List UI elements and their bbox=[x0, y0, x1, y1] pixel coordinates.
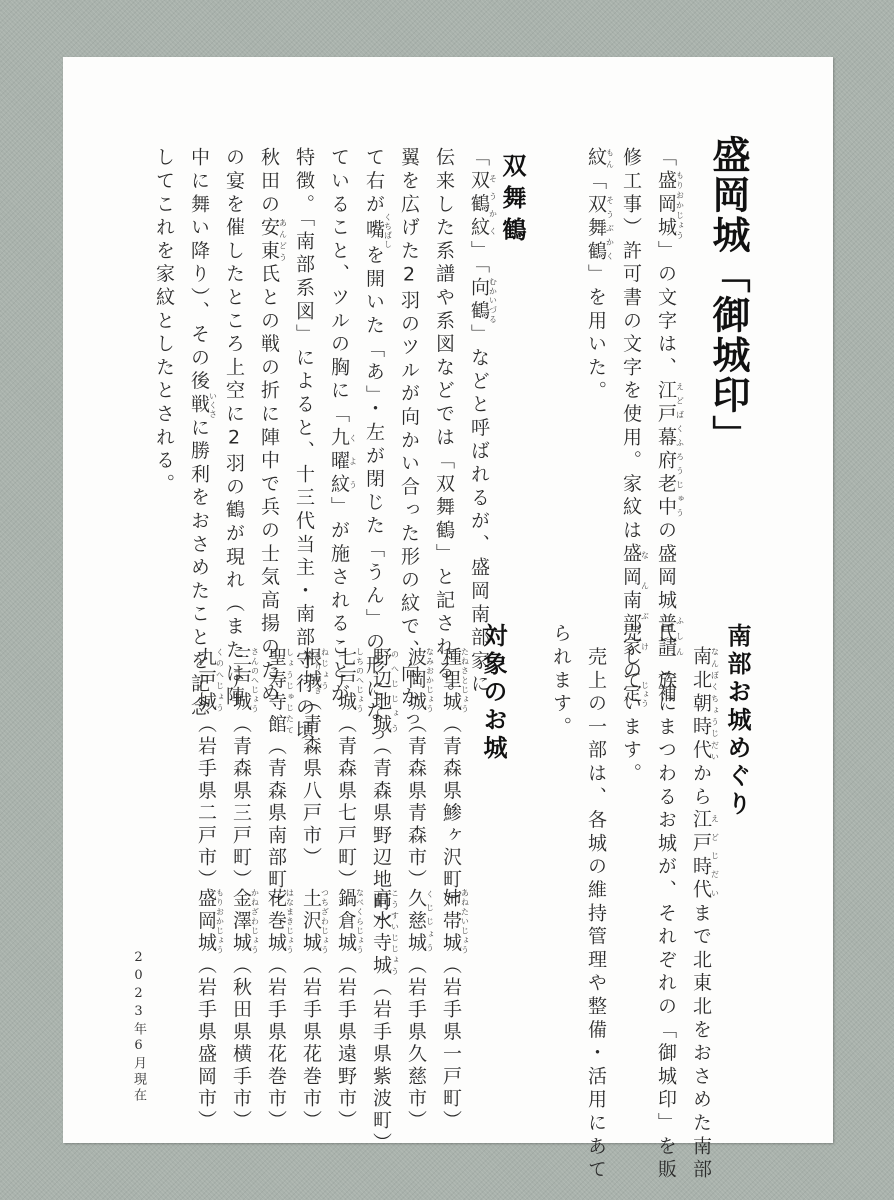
text-column: 売しています。 bbox=[613, 623, 648, 786]
castle-name: 久慈城くじじょう bbox=[405, 888, 427, 955]
meguri-heading: 南部お城めぐり bbox=[723, 623, 751, 819]
text-column: 紋もん「双舞鶴そうぶかく」を用いた。 bbox=[578, 147, 614, 403]
ruby-word: 安東あんどう bbox=[258, 217, 280, 264]
ruby-word: 双鶴紋そうかく bbox=[468, 170, 490, 240]
castle-location: （青森県青森市） bbox=[405, 714, 427, 892]
castle-location: （青森県鯵ヶ沢町） bbox=[440, 714, 462, 914]
castle-item: 三戸城さんのへじょう（青森県三戸町） bbox=[223, 647, 259, 891]
castle-item: 高水寺城こうすいじじょう（岩手県紫波町） bbox=[363, 888, 399, 1154]
date-note: 2023年6月現在 bbox=[129, 950, 148, 1104]
text-column: 売上の一部は、各城の維持管理や整備・活用にあて bbox=[578, 623, 613, 1182]
castle-item: 鍋倉城なべくらじょう（岩手県遠野市） bbox=[328, 888, 364, 1132]
castle-location: （岩手県盛岡市） bbox=[195, 955, 217, 1133]
castle-location: （岩手県久慈市） bbox=[405, 955, 427, 1133]
castle-name: 土沢城つちざわじょう bbox=[300, 888, 322, 955]
ruby-word: 九曜紋くよう bbox=[328, 427, 350, 497]
castle-name: 波岡城なみおかじょう bbox=[405, 647, 427, 714]
text-column: の宴を催したところ上空に2羽の鶴が現れ（または陣 bbox=[216, 147, 251, 709]
text-column: 「双鶴紋そうかく」「向鶴むかいづる」などと呼ばれるが、盛岡南部家に bbox=[461, 147, 497, 697]
castle-name: 姉帯城あねたいじょう bbox=[440, 888, 462, 955]
castle-item: 種里城たねさとじょう（青森県鯵ヶ沢町） bbox=[433, 647, 469, 913]
castle-name: 九戸城くのへじょう bbox=[195, 647, 217, 714]
castle-name: 三戸城さんのへじょう bbox=[230, 647, 252, 714]
castle-item: 九戸城くのへじょう（岩手県二戸市） bbox=[188, 647, 224, 891]
soubukaku-heading: 双舞鶴 bbox=[498, 153, 526, 249]
text-column: ていること、ツルの胸に「九曜紋くよう」が施されることが bbox=[321, 147, 357, 706]
castle-location: （青森県三戸町） bbox=[230, 714, 252, 892]
castle-item: 波岡城なみおかじょう（青森県青森市） bbox=[398, 647, 434, 891]
castles-heading: 対象のお城 bbox=[479, 623, 507, 763]
castle-item: 盛岡城もりおかじょう（岩手県盛岡市） bbox=[188, 888, 224, 1132]
castle-location: （岩手県花巻市） bbox=[300, 955, 322, 1133]
ruby-word: 戦いくさ bbox=[188, 394, 210, 417]
castle-item: 土沢城つちざわじょう（岩手県花巻市） bbox=[293, 888, 329, 1132]
ruby-word: 江戸時代えどじだい bbox=[690, 809, 712, 902]
castle-name: 種里城たねさとじょう bbox=[440, 647, 462, 714]
castle-name: 金澤城かねざわじょう bbox=[230, 888, 252, 955]
ruby-word: 盛岡城もりおかじょう bbox=[655, 170, 677, 240]
castle-location: （青森県八戸市） bbox=[300, 691, 322, 869]
ruby-word: 嘴くちばし bbox=[363, 217, 385, 245]
text-column: られます。 bbox=[543, 623, 578, 740]
castle-location: （秋田県横手市） bbox=[230, 955, 252, 1133]
castle-name: 野辺地城のへじじょう bbox=[370, 647, 392, 736]
castle-item: 聖寿寺館しょうじゅじたて（青森県南部町） bbox=[258, 647, 294, 913]
text-column: 翼を広げた2羽のツルが向かい合った形の紋で、向かっ bbox=[391, 147, 426, 733]
castle-name: 盛岡城もりおかじょう bbox=[195, 888, 217, 955]
ruby-word: 双舞鶴そうぶかく bbox=[585, 194, 607, 264]
castle-name: 花巻城はなまきじょう bbox=[265, 888, 287, 955]
ruby-word: 向鶴むかいづる bbox=[468, 277, 490, 324]
ruby-word: 江戸幕府老中えどばくふろうじゅう bbox=[655, 380, 677, 520]
castle-name: 高水寺城こうすいじじょう bbox=[370, 888, 392, 977]
castle-item: 金澤城かねざわじょう（秋田県横手市） bbox=[223, 888, 259, 1132]
text-column: 氏一族にまつわるお城が、それぞれの「御城印」を販 bbox=[648, 623, 683, 1182]
castle-location: （岩手県遠野市） bbox=[335, 955, 357, 1133]
ruby-word: 紋もん bbox=[585, 147, 607, 170]
text-column: 南北朝時代なんぼくちょうじだいから江戸時代えどじだいまで北東北をおさめた南部 bbox=[683, 623, 719, 1182]
castle-location: （岩手県二戸市） bbox=[195, 714, 217, 892]
info-card: 盛岡城「御城印」 「盛岡城もりおかじょう」の文字は、江戸幕府老中えどばくふろうじ… bbox=[63, 57, 833, 1143]
text-column: 秋田の安東あんどう氏との戦の折に陣中で兵の士気高揚のため bbox=[251, 147, 287, 706]
page-title: 盛岡城「御城印」 bbox=[708, 135, 748, 455]
castle-location: （青森県七戸町） bbox=[335, 714, 357, 892]
castle-location: （岩手県花巻市） bbox=[265, 955, 287, 1133]
castle-item: 久慈城くじじょう（岩手県久慈市） bbox=[398, 888, 434, 1132]
castle-location: （青森県南部町） bbox=[265, 736, 287, 914]
castle-name: 根城ねじょう bbox=[300, 647, 322, 691]
text-column: してこれを家紋としたとされる。 bbox=[146, 147, 181, 497]
castle-location: （岩手県一戸町） bbox=[440, 955, 462, 1133]
castle-name: 鍋倉城なべくらじょう bbox=[335, 888, 357, 955]
text-column: 中に舞い降り）、その後戦いくさに勝利をおさめたことを記念 bbox=[181, 147, 217, 720]
castle-name: 七戸城しちのへじょう bbox=[335, 647, 357, 714]
castle-name: 聖寿寺館しょうじゅじたて bbox=[265, 647, 287, 736]
castle-item: 姉帯城あねたいじょう（岩手県一戸町） bbox=[433, 888, 469, 1132]
castle-location: （岩手県紫波町） bbox=[370, 977, 392, 1155]
ruby-word: 南北朝時代なんぼくちょうじだい bbox=[690, 646, 712, 763]
castle-item: 七戸城しちのへじょう（青森県七戸町） bbox=[328, 647, 364, 891]
castle-item: 花巻城はなまきじょう（岩手県花巻市） bbox=[258, 888, 294, 1132]
text-column: 伝来した系譜や系図などでは「双舞鶴」と記される。 bbox=[426, 147, 461, 706]
castle-item: 根城ねじょう（青森県八戸市） bbox=[293, 647, 329, 869]
